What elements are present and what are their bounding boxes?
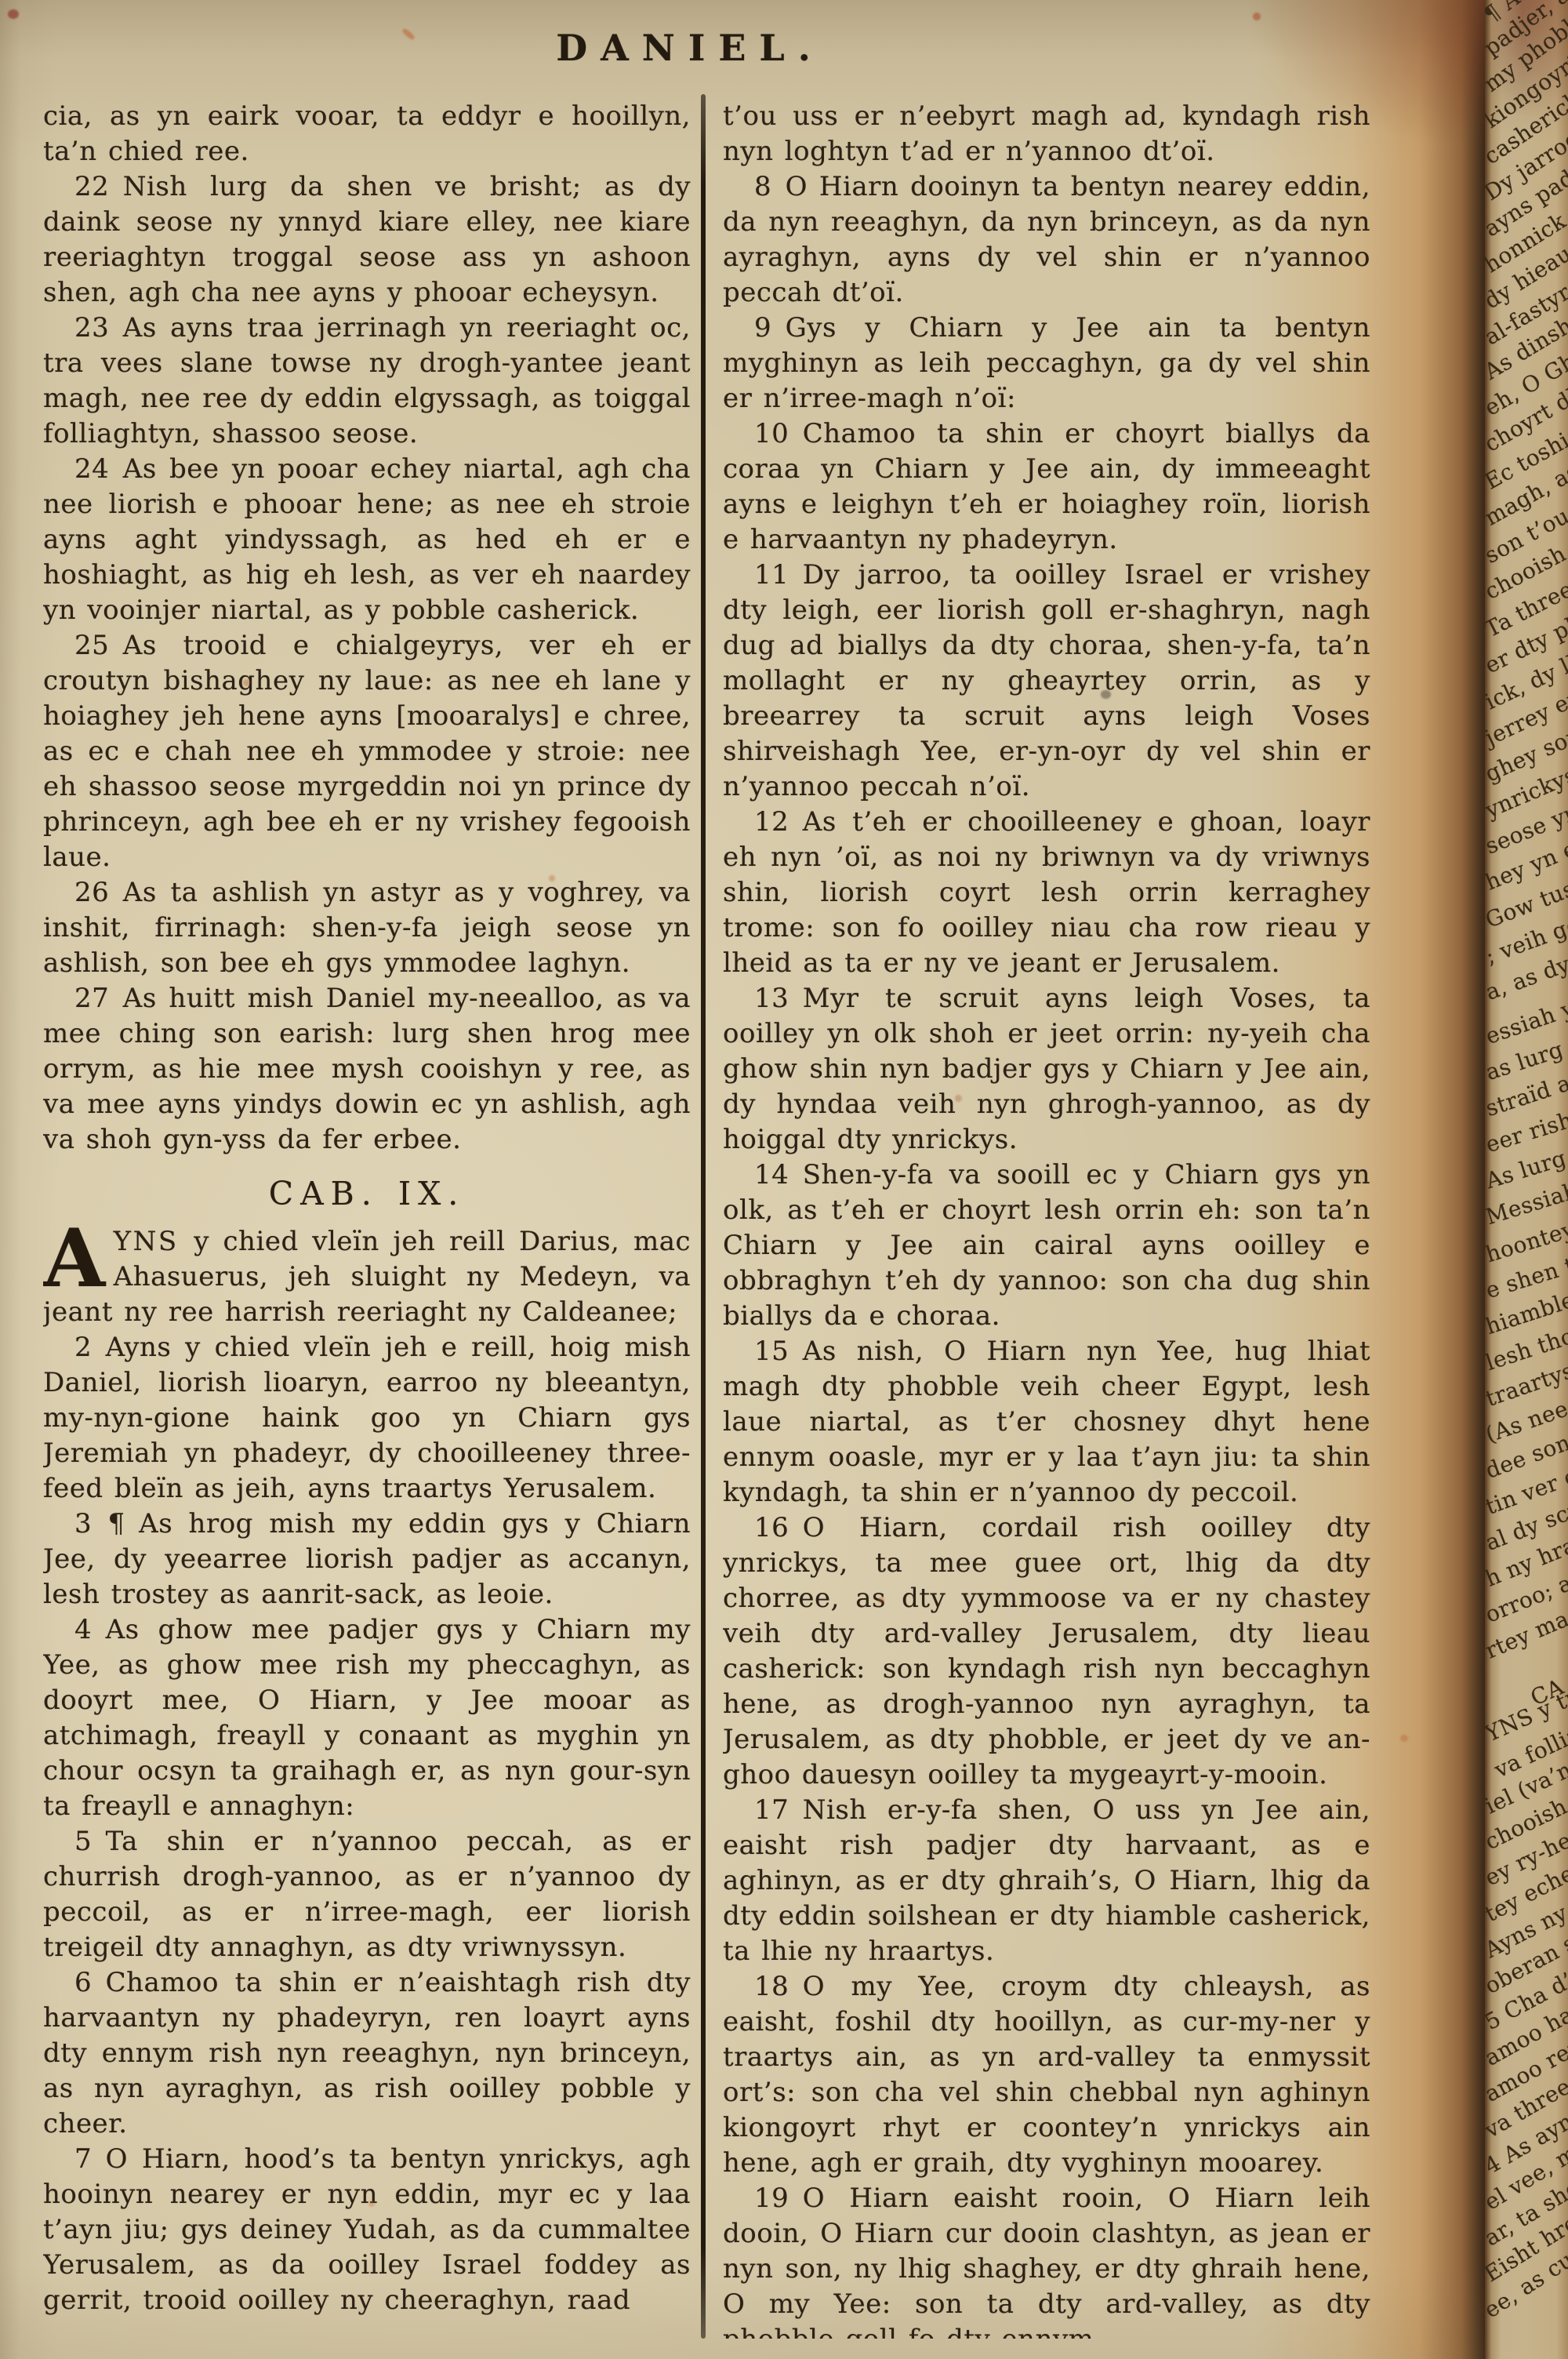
chapter-heading: CAB. IX. [43,1176,691,1212]
verse-paragraph: AYNS y chied vleïn jeh reill Darius, mac… [43,1224,691,1330]
verse-paragraph: 18 O my Yee, croym dty chleaysh, as eais… [723,1969,1370,2181]
verse-paragraph: 5 Ta shin er n’yannoo peccah, as er chur… [43,1824,691,1965]
verse-paragraph: 12 As t’eh er chooilleeney e ghoan, loay… [723,805,1370,981]
verse-paragraph: 25 As trooid e chialgeyrys, ver eh er cr… [43,628,691,875]
verse-paragraph: 15 As nish, O Hiarn nyn Yee, hug lhiat m… [723,1334,1370,1510]
verse-paragraph: 26 As ta ashlish yn astyr as y voghrey, … [43,875,691,981]
verse-paragraph: t’ou uss er n’eebyrt magh ad, kyndagh ri… [723,99,1370,169]
facing-page-strip: ¶ As nishpadjer, as goaimy phobblekiongo… [1485,0,1568,2359]
stain [401,27,416,41]
verse-paragraph: cia, as yn eairk vooar, ta eddyr e hooil… [43,99,691,169]
verse-paragraph: 3 ¶ As hrog mish my eddin gys y Chiarn J… [43,1507,691,1612]
verse-paragraph: 9 Gys y Chiarn y Jee ain ta bentyn myghi… [723,311,1370,416]
verse-paragraph: 7 O Hiarn, hood’s ta bentyn ynrickys, ag… [43,2142,691,2318]
running-head: DANIEL. [463,27,917,69]
verse-paragraph: 27 As huitt mish Daniel my-neealloo, as … [43,981,691,1158]
book-page: DANIEL. cia, as yn eairk vooar, ta eddyr… [0,0,1485,2359]
stain [1253,13,1261,20]
verse-paragraph: 24 As bee yn pooar echey niartal, agh ch… [43,452,691,628]
verse-paragraph: 11 Dy jarroo, ta ooilley Israel er vrish… [723,558,1370,805]
verse-paragraph: 14 Shen-y-fa va sooill ec y Chiarn gys y… [723,1158,1370,1334]
verse-paragraph: 6 Chamoo ta shin er n’eaishtagh rish dty… [43,1965,691,2142]
chapter-verses: AYNS y chied vleïn jeh reill Darius, mac… [43,1224,691,2318]
verse-paragraph: 16 O Hiarn, cordail rish ooilley dty ynr… [723,1510,1370,1793]
verse-paragraph: 17 Nish er-y-fa shen, O uss yn Jee ain, … [723,1793,1370,1969]
left-column-verses: cia, as yn eairk vooar, ta eddyr e hooil… [43,99,691,1158]
verse-paragraph: 23 As ayns traa jerrinagh yn reeriaght o… [43,311,691,452]
right-column: t’ou uss er n’eebyrt magh ad, kyndagh ri… [723,99,1370,2339]
column-divider-rule [701,94,706,2339]
verse-lead-caps: YNS [114,1226,194,1257]
right-column-verses: t’ou uss er n’eebyrt magh ad, kyndagh ri… [723,99,1370,2339]
drop-cap: A [43,1224,114,1295]
verse-paragraph: 8 O Hiarn dooinyn ta bentyn nearey eddin… [723,169,1370,311]
verse-paragraph: 22 Nish lurg da shen ve brisht; as dy da… [43,169,691,311]
stain [1400,1735,1408,1742]
verse-paragraph: 13 Myr te scruit ayns leigh Voses, ta oo… [723,981,1370,1158]
verse-paragraph: 4 As ghow mee padjer gys y Chiarn my Yee… [43,1612,691,1824]
left-column: cia, as yn eairk vooar, ta eddyr e hooil… [43,99,691,2318]
verse-paragraph: 19 O Hiarn eaisht rooin, O Hiarn leih do… [723,2181,1370,2339]
stain [8,9,19,19]
verse-paragraph: 2 Ayns y chied vleïn jeh e reill, hoig m… [43,1330,691,1507]
verse-paragraph: 10 Chamoo ta shin er choyrt biallys da c… [723,416,1370,558]
